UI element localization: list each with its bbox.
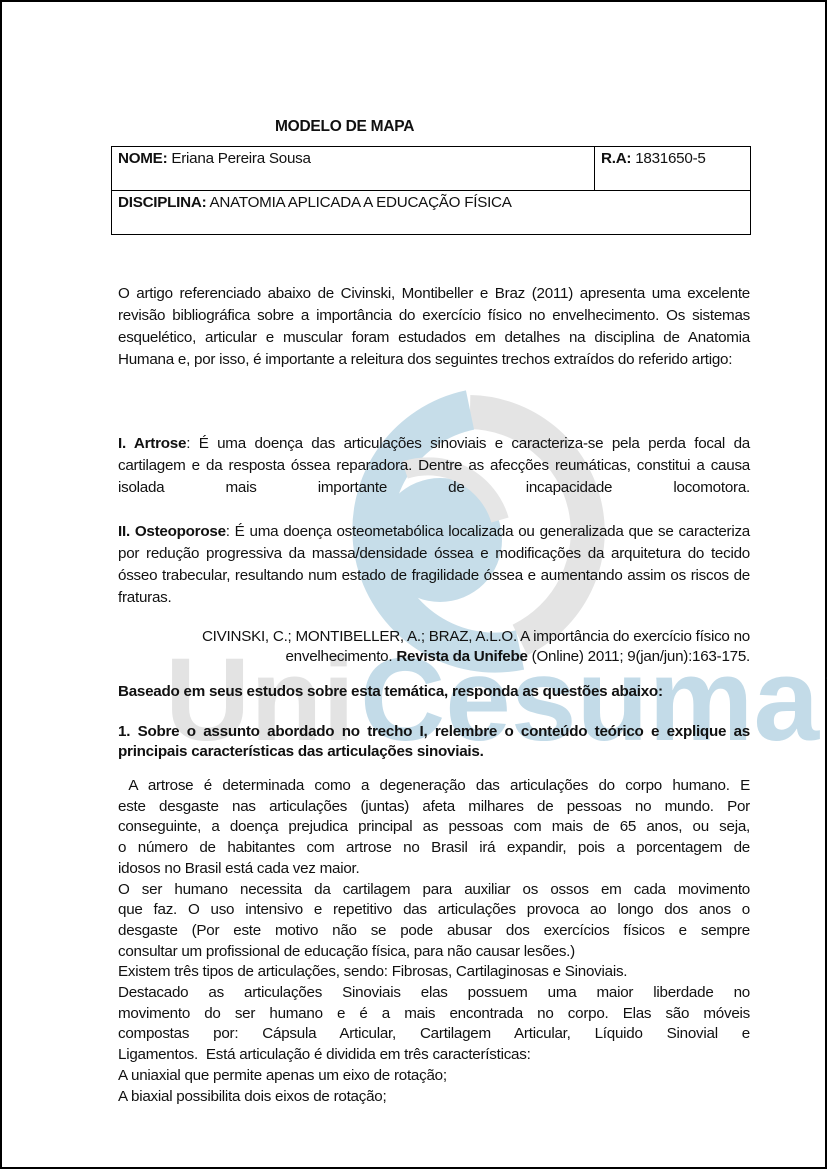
answer-line: consultar um profissional de educação fí… — [118, 942, 750, 963]
excerpt-artrose-label: I. Artrose — [118, 435, 186, 452]
intro-paragraph: O artigo referenciado abaixo de Civinski… — [118, 283, 750, 371]
answer-line: o número de habitantes com artrose no Br… — [118, 838, 750, 859]
answer-line: Ligamentos. Está articulação é dividida … — [118, 1045, 750, 1066]
answer-line: Existem três tipos de articulações, send… — [118, 962, 750, 983]
ra-value: 1831650-5 — [635, 150, 705, 167]
name-value: Eriana Pereira Sousa — [171, 150, 310, 167]
discipline-value: ANATOMIA APLICADA A EDUCAÇÃO FÍSICA — [210, 194, 512, 211]
reference-prefix: envelhecimento. — [285, 648, 396, 665]
answer-1: A artrose é determinada como a degeneraç… — [118, 776, 750, 1107]
answer-line: desgaste (Por este motivo não se pode ab… — [118, 921, 750, 942]
answer-line: Destacado as articulações Sinoviais elas… — [118, 983, 750, 1004]
document-title: MODELO DE MAPA — [275, 118, 414, 136]
name-label: NOME: — [118, 150, 167, 167]
discipline-label: DISCIPLINA: — [118, 194, 206, 211]
answer-line: idosos no Brasil está cada vez maior. — [118, 859, 750, 880]
reference-line-2: envelhecimento. Revista da Unifebe (Onli… — [118, 647, 750, 667]
excerpt-artrose: I. Artrose: É uma doença das articulaçõe… — [118, 433, 750, 499]
answer-line: compostas por: Cápsula Articular, Cartil… — [118, 1024, 750, 1045]
bibliographic-reference: CIVINSKI, C.; MONTIBELLER, A.; BRAZ, A.L… — [118, 627, 750, 667]
discipline-cell: DISCIPLINA: ANATOMIA APLICADA A EDUCAÇÃO… — [112, 191, 751, 235]
question-1: 1. Sobre o assunto abordado no trecho I,… — [118, 722, 750, 762]
student-info-table: NOME: Eriana Pereira Sousa R.A: 1831650-… — [111, 146, 751, 235]
answer-line: que faz. O uso intensivo e repetitivo da… — [118, 900, 750, 921]
answer-line: A uniaxial que permite apenas um eixo de… — [118, 1066, 750, 1087]
answer-line: O ser humano necessita da cartilagem par… — [118, 880, 750, 901]
excerpt-artrose-text: : É uma doença das articulações sinoviai… — [118, 435, 750, 496]
excerpt-osteoporose: II. Osteoporose: É uma doença osteometab… — [118, 521, 750, 609]
name-cell: NOME: Eriana Pereira Sousa — [112, 147, 595, 191]
instruction-text: Baseado em seus estudos sobre esta temát… — [118, 682, 750, 702]
answer-line: A biaxial possibilita dois eixos de rota… — [118, 1087, 750, 1108]
ra-label: R.A: — [601, 150, 631, 167]
reference-suffix: (Online) 2011; 9(jan/jun):163-175. — [528, 648, 750, 665]
ra-cell: R.A: 1831650-5 — [595, 147, 751, 191]
answer-line: A artrose é determinada como a degeneraç… — [118, 776, 750, 797]
reference-journal: Revista da Unifebe — [396, 648, 527, 665]
answer-line: este desgaste nas articulações (juntas) … — [118, 797, 750, 818]
reference-line-1: CIVINSKI, C.; MONTIBELLER, A.; BRAZ, A.L… — [118, 627, 750, 647]
answer-line: conseguinte, a doença prejudica principa… — [118, 817, 750, 838]
answer-line: movimento do ser humano e é a mais encon… — [118, 1004, 750, 1025]
excerpt-osteoporose-label: II. Osteoporose — [118, 523, 226, 540]
